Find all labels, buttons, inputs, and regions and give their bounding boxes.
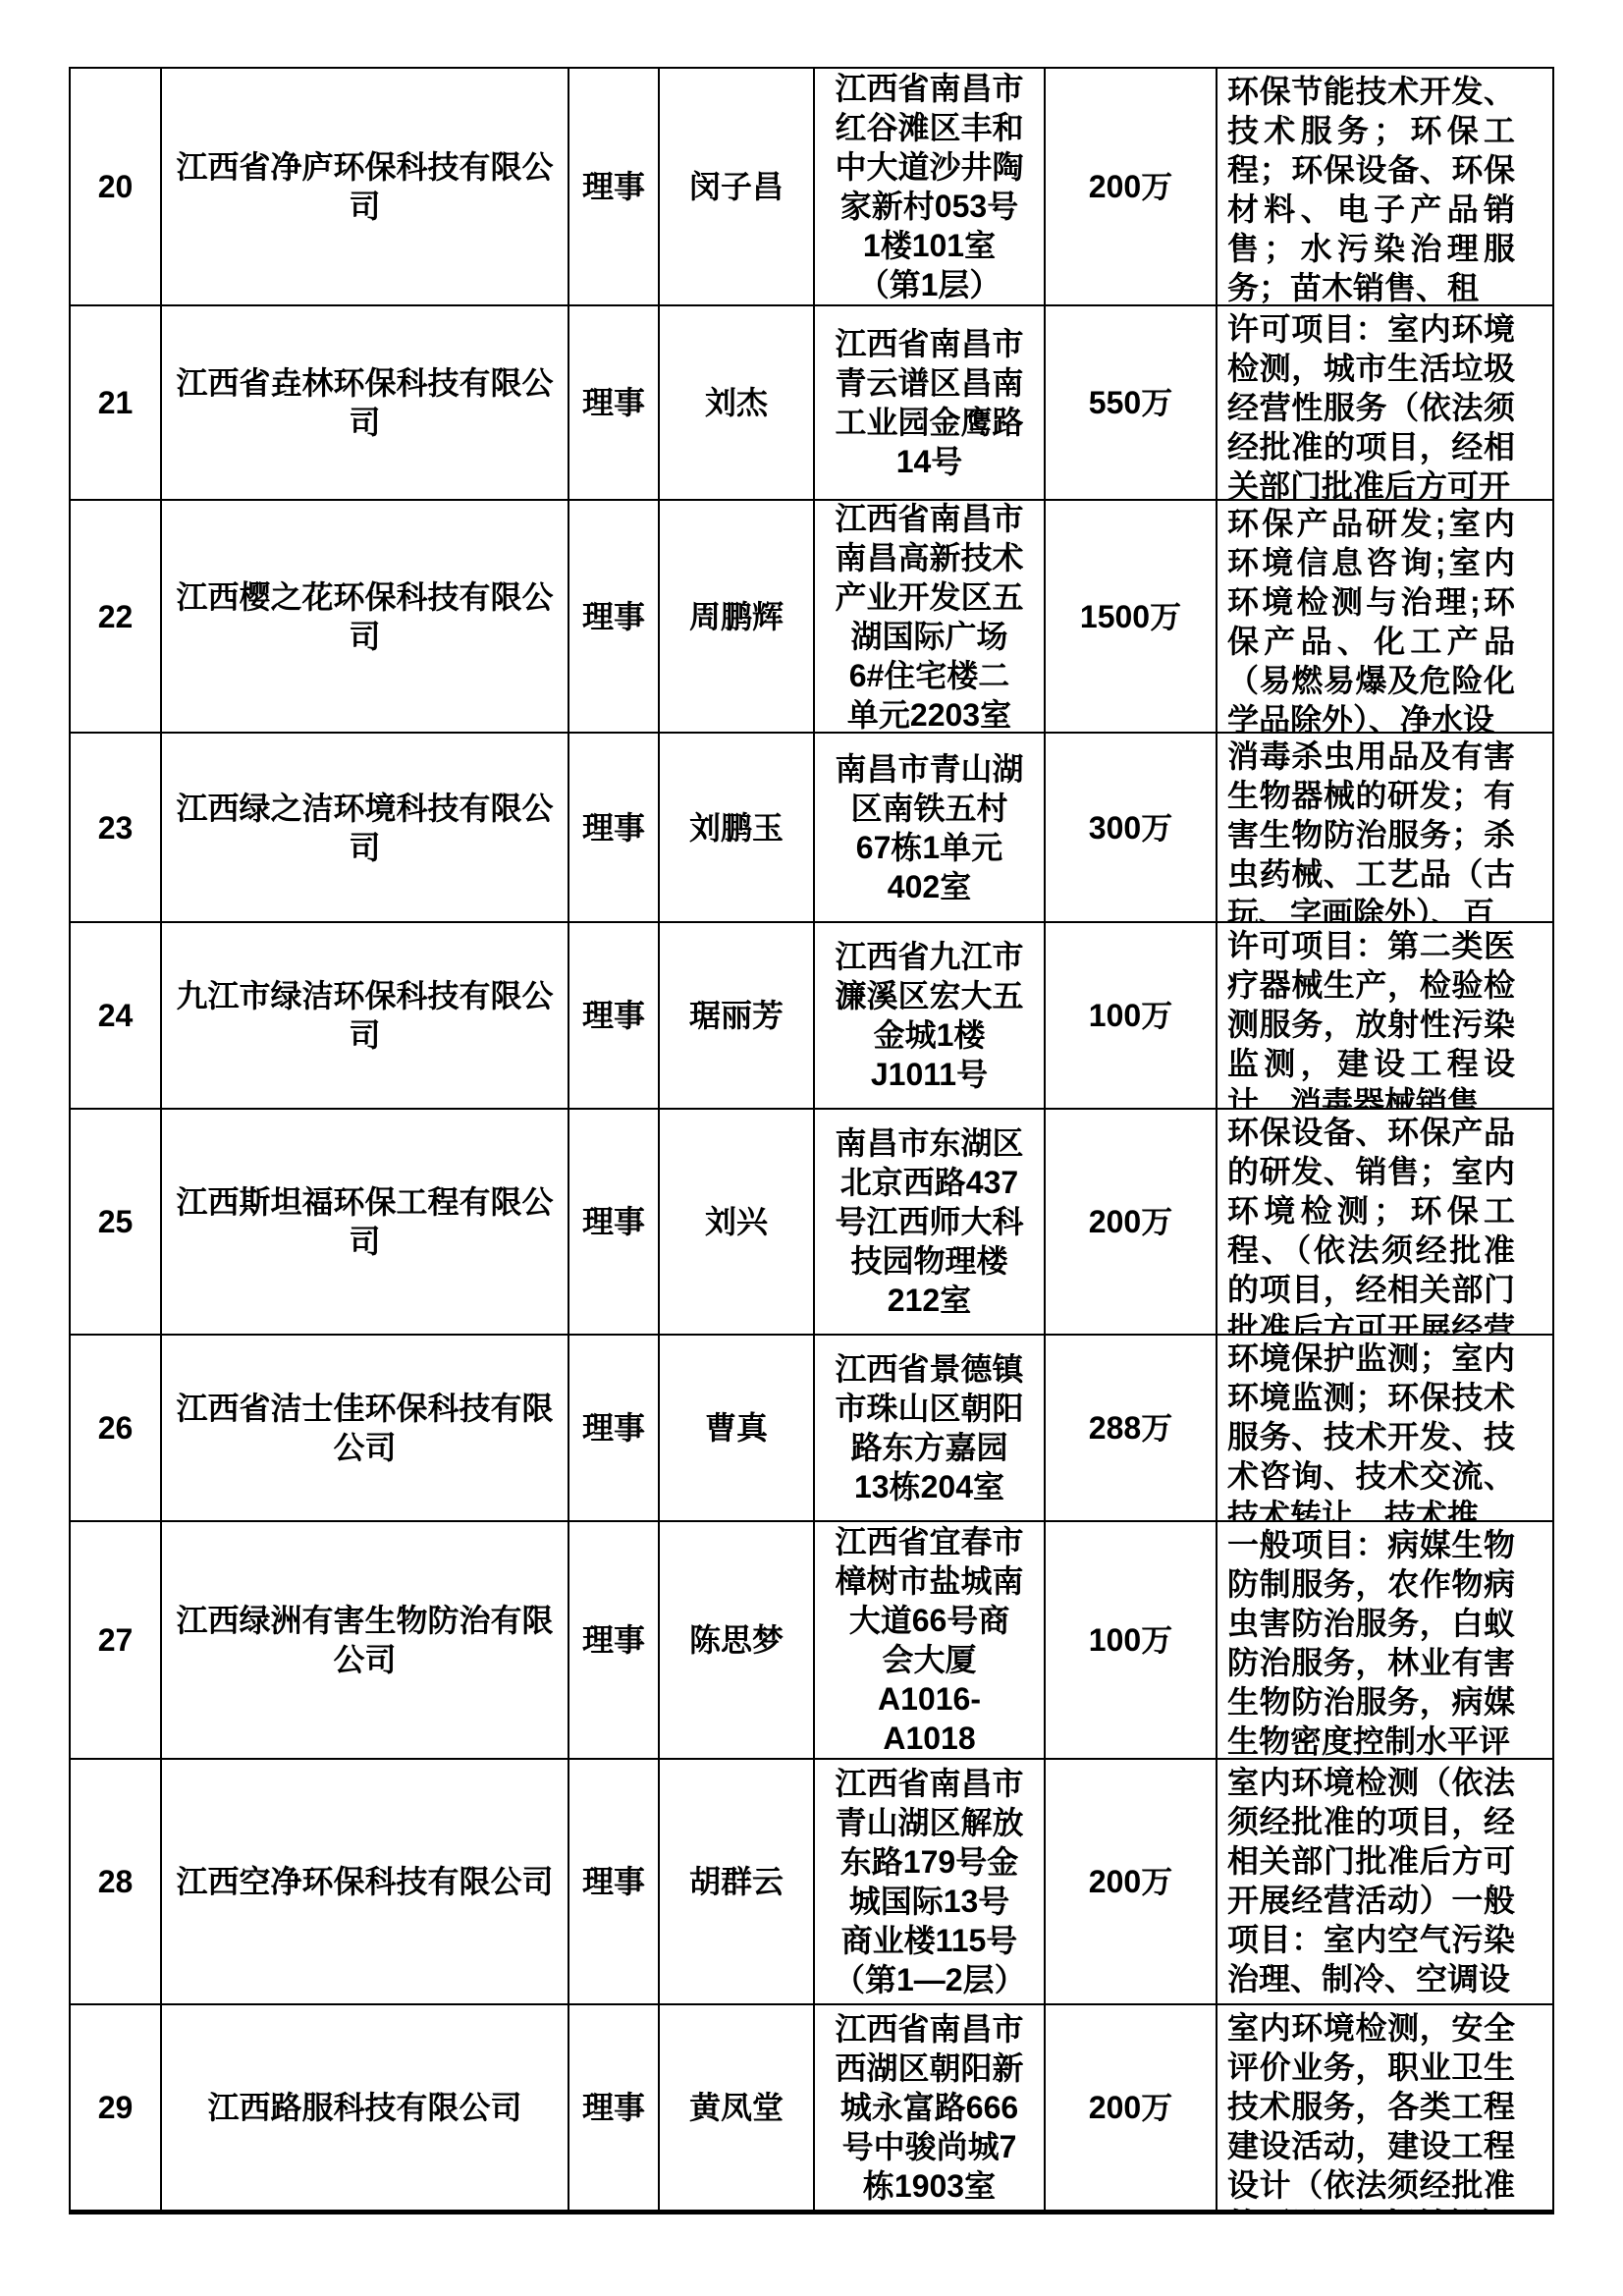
row-number: 29: [71, 2005, 162, 2210]
table-row: 27 江西绿洲有害生物防治有限公司 理事 陈思梦 江西省宜春市樟树市盐城南大道6…: [71, 1522, 1552, 1760]
company-name: 江西省净庐环保科技有限公司: [162, 69, 569, 304]
company-name: 江西绿之洁环境科技有限公司: [162, 734, 569, 921]
registered-capital: 200万: [1046, 1110, 1217, 1334]
row-number: 24: [71, 923, 162, 1108]
row-number: 25: [71, 1110, 162, 1334]
company-name: 江西樱之花环保科技有限公司: [162, 501, 569, 732]
company-name: 江西空净环保科技有限公司: [162, 1760, 569, 2003]
row-number: 26: [71, 1336, 162, 1520]
registered-capital: 300万: [1046, 734, 1217, 921]
business-scope: 许可项目：第二类医疗器械生产，检验检测服务，放射性污染监测，建设工程设计，消毒器…: [1217, 923, 1552, 1108]
address: 江西省南昌市南昌高新技术产业开发区五湖国际广场6#住宅楼二单元2203室: [815, 501, 1046, 732]
company-name: 江西省垚林环保科技有限公司: [162, 306, 569, 499]
table-row: 21 江西省垚林环保科技有限公司 理事 刘杰 江西省南昌市青云谱区昌南工业园金鹰…: [71, 306, 1552, 501]
person-name: 刘鹏玉: [660, 734, 815, 921]
address: 江西省九江市濂溪区宏大五金城1楼J1011号: [815, 923, 1046, 1108]
table-row: 24 九江市绿洁环保科技有限公司 理事 琚丽芳 江西省九江市濂溪区宏大五金城1楼…: [71, 923, 1552, 1110]
address: 江西省南昌市红谷滩区丰和中大道沙井陶家新村053号1楼101室（第1层）: [815, 69, 1046, 304]
person-name: 琚丽芳: [660, 923, 815, 1108]
person-name: 刘杰: [660, 306, 815, 499]
role: 理事: [569, 306, 660, 499]
row-number: 28: [71, 1760, 162, 2003]
business-scope: 消毒杀虫用品及有害生物器械的研发；有害生物防治服务；杀虫药械、工艺品（古玩、字画…: [1217, 734, 1552, 921]
table-row: 26 江西省洁士佳环保科技有限公司 理事 曹真 江西省景德镇市珠山区朝阳路东方嘉…: [71, 1336, 1552, 1522]
registered-capital: 100万: [1046, 923, 1217, 1108]
company-name: 江西路服科技有限公司: [162, 2005, 569, 2210]
role: 理事: [569, 1110, 660, 1334]
address: 江西省景德镇市珠山区朝阳路东方嘉园13栋204室: [815, 1336, 1046, 1520]
role: 理事: [569, 1522, 660, 1758]
role: 理事: [569, 2005, 660, 2210]
person-name: 周鹏辉: [660, 501, 815, 732]
person-name: 胡群云: [660, 1760, 815, 2003]
address: 江西省宜春市樟树市盐城南大道66号商会大厦A1016-A1018: [815, 1522, 1046, 1758]
row-number: 27: [71, 1522, 162, 1758]
address: 江西省南昌市青山湖区解放东路179号金城国际13号商业楼115号（第1—2层）: [815, 1760, 1046, 2003]
table-row: 29 江西路服科技有限公司 理事 黄凤堂 江西省南昌市西湖区朝阳新城永富路666…: [71, 2005, 1552, 2210]
person-name: 陈思梦: [660, 1522, 815, 1758]
registered-capital: 200万: [1046, 1760, 1217, 2003]
person-name: 刘兴: [660, 1110, 815, 1334]
registered-capital: 100万: [1046, 1522, 1217, 1758]
address: 江西省南昌市青云谱区昌南工业园金鹰路14号: [815, 306, 1046, 499]
table-row: 25 江西斯坦福环保工程有限公司 理事 刘兴 南昌市东湖区北京西路437号江西师…: [71, 1110, 1552, 1336]
company-directors-table: 20 江西省净庐环保科技有限公司 理事 闵子昌 江西省南昌市红谷滩区丰和中大道沙…: [69, 67, 1554, 2214]
role: 理事: [569, 923, 660, 1108]
address: 南昌市青山湖区南铁五村67栋1单元402室: [815, 734, 1046, 921]
business-scope: 一般项目：病媒生物防制服务，农作物病虫害防治服务，白蚁防治服务，林业有害生物防治…: [1217, 1522, 1552, 1758]
registered-capital: 550万: [1046, 306, 1217, 499]
person-name: 曹真: [660, 1336, 815, 1520]
table-row: 23 江西绿之洁环境科技有限公司 理事 刘鹏玉 南昌市青山湖区南铁五村67栋1单…: [71, 734, 1552, 923]
address: 南昌市东湖区北京西路437号江西师大科技园物理楼212室: [815, 1110, 1046, 1334]
business-scope: 环保设备、环保产品的研发、销售；室内环境检测；环保工程、（依法须经批准的项目，经…: [1217, 1110, 1552, 1334]
person-name: 黄凤堂: [660, 2005, 815, 2210]
company-name: 江西绿洲有害生物防治有限公司: [162, 1522, 569, 1758]
row-number: 23: [71, 734, 162, 921]
registered-capital: 200万: [1046, 69, 1217, 304]
business-scope: 室内环境检测（依法须经批准的项目，经相关部门批准后方可开展经营活动）一般项目：室…: [1217, 1760, 1552, 2003]
registered-capital: 288万: [1046, 1336, 1217, 1520]
business-scope: 室内环境检测，安全评价业务，职业卫生技术服务，各类工程建设活动，建设工程设计（依…: [1217, 2005, 1552, 2210]
business-scope: 环保节能技术开发、技术服务；环保工程；环保设备、环保材料、电子产品销售；水污染治…: [1217, 69, 1552, 304]
table-row: 20 江西省净庐环保科技有限公司 理事 闵子昌 江西省南昌市红谷滩区丰和中大道沙…: [71, 69, 1552, 306]
role: 理事: [569, 734, 660, 921]
business-scope: 许可项目：室内环境检测，城市生活垃圾经营性服务（依法须经批准的项目，经相关部门批…: [1217, 306, 1552, 499]
row-number: 20: [71, 69, 162, 304]
business-scope: 环保产品研发;室内环境信息咨询;室内环境检测与治理;环保产品、化工产品（易燃易爆…: [1217, 501, 1552, 732]
company-name: 九江市绿洁环保科技有限公司: [162, 923, 569, 1108]
company-name: 江西省洁士佳环保科技有限公司: [162, 1336, 569, 1520]
role: 理事: [569, 1760, 660, 2003]
table-row: 28 江西空净环保科技有限公司 理事 胡群云 江西省南昌市青山湖区解放东路179…: [71, 1760, 1552, 2005]
table-row: 22 江西樱之花环保科技有限公司 理事 周鹏辉 江西省南昌市南昌高新技术产业开发…: [71, 501, 1552, 734]
person-name: 闵子昌: [660, 69, 815, 304]
row-number: 21: [71, 306, 162, 499]
business-scope: 环境保护监测；室内环境监测；环保技术服务、技术开发、技术咨询、技术交流、技术转让…: [1217, 1336, 1552, 1520]
address: 江西省南昌市西湖区朝阳新城永富路666号中骏尚城7栋1903室: [815, 2005, 1046, 2210]
registered-capital: 1500万: [1046, 501, 1217, 732]
registered-capital: 200万: [1046, 2005, 1217, 2210]
row-number: 22: [71, 501, 162, 732]
role: 理事: [569, 501, 660, 732]
role: 理事: [569, 1336, 660, 1520]
company-name: 江西斯坦福环保工程有限公司: [162, 1110, 569, 1334]
role: 理事: [569, 69, 660, 304]
